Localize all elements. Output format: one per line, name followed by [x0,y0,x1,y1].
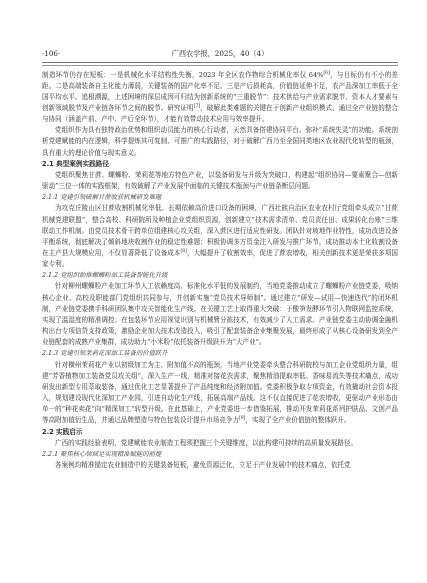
paragraph: 为攻克丘陵山区甘蔗收割机械化率低、长期依赖高价进口设备的困境，广西壮族自治区农业… [42,203,398,270]
paragraph-text: 制造环节仍存在短板：一是机械化水平结构性失衡，2023 年全区农作物综合机械化率… [42,71,323,79]
paragraph-text: 党组织聚焦甘蔗、螺蛳粉、茉莉花等地方特色产业，以装备研发与升级为突破口，构建起“… [42,171,398,190]
paragraph: 针对横州茉莉花产业以初级加工为主、附加值不高的瓶颈，当地产业党委牵头整合科研院校… [42,360,398,427]
paragraph: 各案例均精准锚定农业制造中的关键装备短板，避免资源泛化，立足于产业发展中的技术痛… [42,460,398,471]
paragraph-text: 各案例均精准锚定农业制造中的关键装备短板，避免资源泛化，立足于产业发展中的技术痛… [55,461,351,469]
subsection-heading: 2.1.2 党组织助推螺蛳粉加工装备智能化升级 [42,270,398,281]
paragraph: 制造环节仍存在短板：一是机械化水平结构性失衡，2023 年全区农作物综合机械化率… [42,70,398,126]
subsection-heading: 2.2.1 聚焦核心领域是实现精准赋能的前提 [42,449,398,460]
paragraph-text: 广西的实践经验表明，党建赋能农业制造工程须把握三个关键维度，以此构建可持续的高质… [55,439,357,447]
paragraph: 广西的实践经验表明，党建赋能农业制造工程须把握三个关键维度，以此构建可持续的高质… [42,438,398,449]
article-body: 制造环节仍存在短板：一是机械化水平结构性失衡，2023 年全区农作物综合机械化率… [42,70,398,472]
paragraph: 党组织作为具有独特政治优势和组织动员能力的核心行动者，天然具备搭建协同平台、弥补… [42,125,398,158]
paragraph-text: 针对柳州螺蛳粉产业加工环节人工依赖度高、标准化水平低的发展制约，当地党委推动成立… [42,282,398,346]
document-page: ·106· 广西农学报，2025，40（4） 制造环节仍存在短板：一是机械化水平… [42,48,398,471]
paragraph-text: 针对横州茉莉花产业以初级加工为主、附加值不高的瓶颈，当地产业党委牵头整合科研院校… [42,361,398,425]
paragraph: 针对柳州螺蛳粉产业加工环节人工依赖度高、标准化水平低的发展制约，当地党委推动成立… [42,281,398,348]
running-header: ·106· 广西农学报，2025，40（4） [42,48,398,60]
paragraph: 党组织聚焦甘蔗、螺蛳粉、茉莉花等地方特色产业，以装备研发与升级为突破口，构建起“… [42,170,398,192]
subsection-heading: 2.1.1 党建引领破解甘蔗收获机械研发难题 [42,192,398,203]
subsection-heading: 2.1.3 党建引领茉莉花深加工装备的价值跃升 [42,348,398,359]
section-heading: 2.1 典型案例实践路径 [42,159,398,170]
paragraph-text: ，实现了全产业价值链的整体跃升。 [245,416,350,424]
section-heading: 2.2 实践启示 [42,427,398,438]
header-double-rule [42,62,398,66]
journal-citation: 广西农学报，2025，40（4） [42,48,398,60]
paragraph-text: 党组织作为具有独特政治优势和组织动员能力的核心行动者，天然具备搭建协同平台、弥补… [42,126,398,156]
